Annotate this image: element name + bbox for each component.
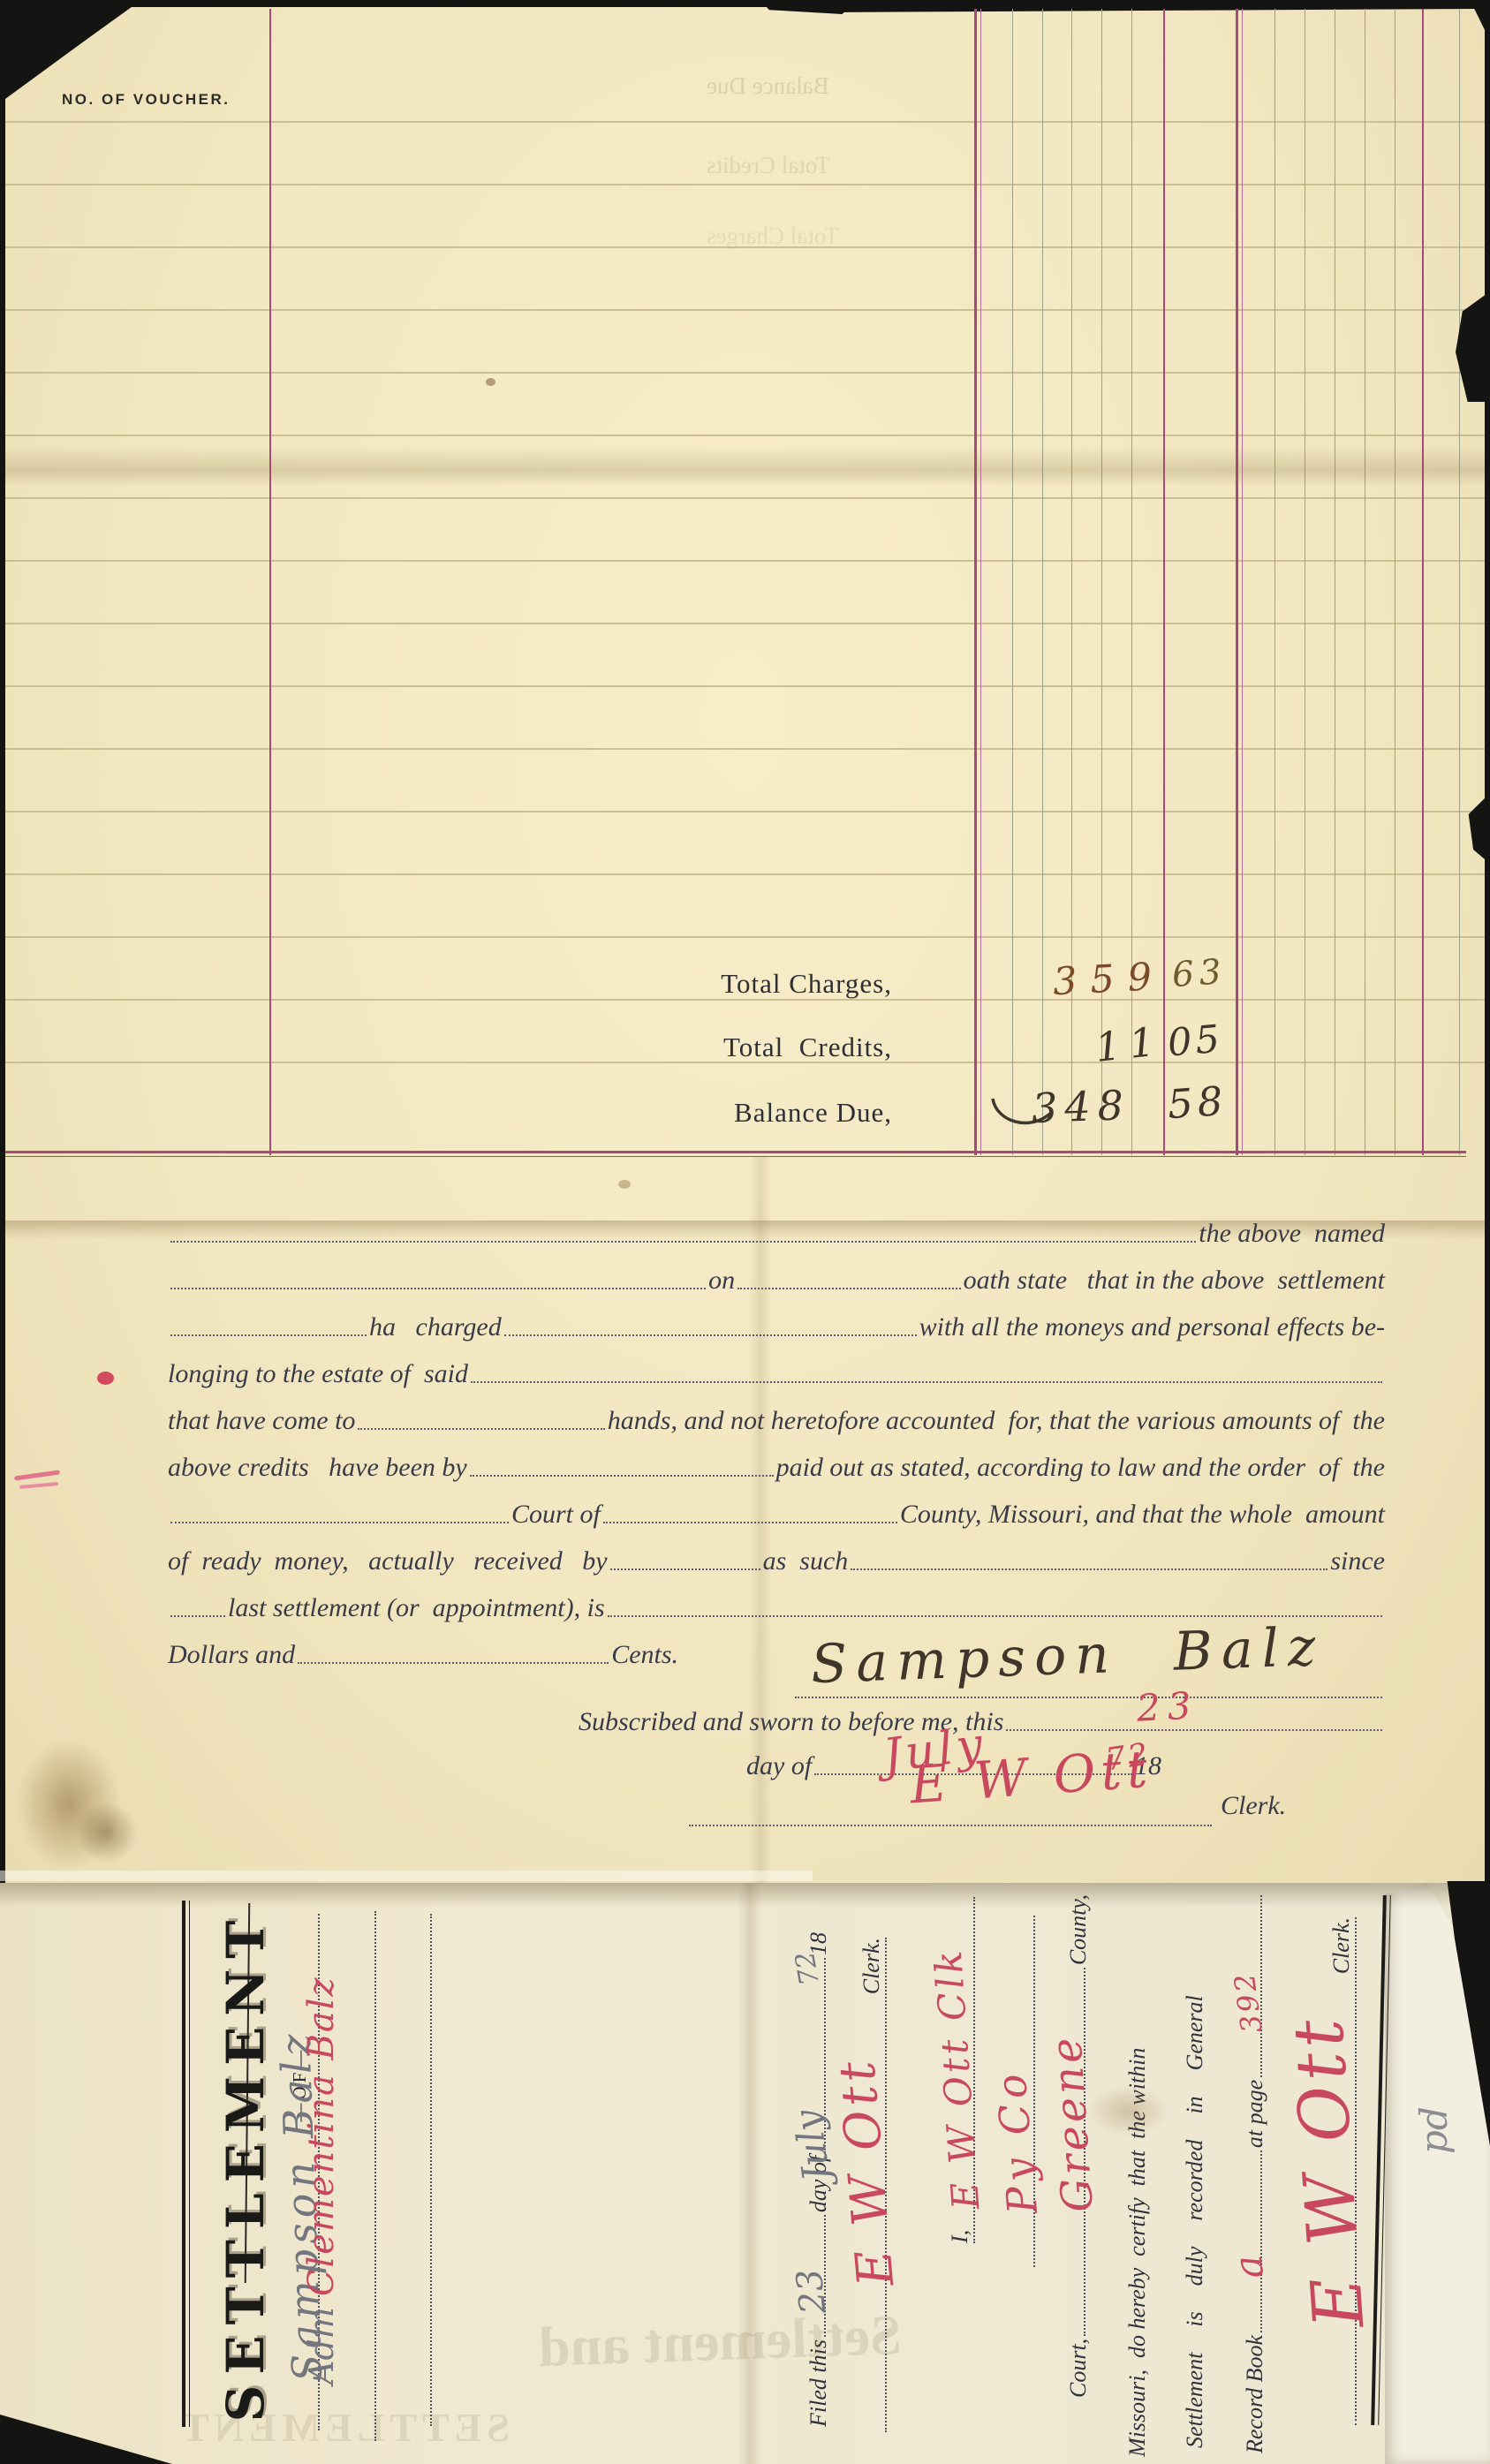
total-charges-label: Total Charges, xyxy=(495,968,892,1000)
stain xyxy=(618,1180,631,1189)
signature-line xyxy=(795,1697,1382,1698)
affidavit-line: longing to the estate of said xyxy=(168,1352,1385,1389)
ledger-column-rule xyxy=(1274,9,1275,1155)
docket-name-prefix-handwritten: Adm xyxy=(302,2296,341,2385)
bleed-through-text: Total Credits xyxy=(707,152,830,179)
affidavit-line: of ready money, actually received by as … xyxy=(168,1539,1385,1576)
balance-due-cents: 58 xyxy=(1166,1077,1229,1129)
affidavit-text: oath state that in the above settlement xyxy=(964,1266,1385,1296)
docket-text: County, xyxy=(1065,1894,1092,1965)
affidavit-text: as such xyxy=(763,1546,849,1576)
bleed-through-text: SETTLEMENT xyxy=(177,2404,510,2451)
affidavit-text: day of xyxy=(746,1751,812,1781)
docket-cert-line: Settlement is duly recorded in General xyxy=(1178,1896,1208,2448)
blank-line xyxy=(1006,1729,1382,1731)
ledger-column-rule xyxy=(269,9,271,1155)
affidavit-text: Court of xyxy=(511,1500,601,1530)
ledger-column-rule xyxy=(1335,9,1335,1155)
affidavit-text: since xyxy=(1330,1546,1385,1576)
bleed-through-text: Settlement and xyxy=(538,2302,903,2380)
total-credits-label: Total Credits, xyxy=(495,1032,892,1063)
affidavit-text: longing to the estate of said xyxy=(168,1359,468,1389)
blank-line xyxy=(737,1288,961,1289)
affidavit-text: ha charged xyxy=(369,1312,502,1342)
affidavit-text: above credits have been by xyxy=(168,1453,467,1483)
docket-border-rule xyxy=(182,1901,185,2427)
blank-line xyxy=(470,1475,774,1477)
blank-line xyxy=(851,1568,1327,1570)
pencil-note: pd xyxy=(1417,2022,1456,2154)
blank-line xyxy=(170,1241,1196,1243)
blank-line xyxy=(358,1428,604,1430)
affidavit-line: the above named xyxy=(168,1212,1385,1249)
ledger-column-rule xyxy=(1042,9,1043,1155)
affidavit-line: that have come to hands, and not heretof… xyxy=(168,1399,1385,1436)
affidavit-line: Court of County, Missouri, and that the … xyxy=(168,1493,1385,1530)
affidavit-text: last settlement (or appointment), is xyxy=(228,1593,605,1623)
blank-line xyxy=(610,1568,760,1570)
affidavit-text: with all the moneys and personal effects… xyxy=(919,1312,1385,1342)
docket-cert-line: Missouri, do hereby certify that the wit… xyxy=(1121,1892,1151,2457)
blank-line xyxy=(1260,2150,1262,2332)
docket-name-line xyxy=(395,1914,432,2426)
docket-text: at page xyxy=(1242,2080,1268,2148)
ledger-column-rule xyxy=(974,9,977,1155)
bleed-through-text: Total Charges xyxy=(707,223,839,250)
ledger-column-rule xyxy=(980,9,981,1155)
affidavit-text: hands, and not heretofore accounted for,… xyxy=(608,1406,1385,1436)
affidavit-text: the above named xyxy=(1199,1219,1385,1249)
ledger-column-rule xyxy=(1422,9,1424,1155)
ledger-column-rule xyxy=(1242,9,1243,1155)
stain xyxy=(76,1802,138,1863)
balance-due-label: Balance Due, xyxy=(495,1097,892,1129)
docket-border-rule xyxy=(189,1901,190,2427)
affidavit-text: of ready money, actually received by xyxy=(168,1546,608,1576)
ledger-column-rule xyxy=(1236,9,1238,1155)
bleed-through-text: Balance Due xyxy=(707,72,829,100)
clerk-signature-line xyxy=(689,1825,1212,1826)
docket-name-line: Adm Clementina Balz xyxy=(327,1911,376,2441)
affidavit-text: Cents. xyxy=(611,1640,678,1670)
sworn-day-handwritten: 23 xyxy=(1136,1683,1199,1730)
affidavit-text: on xyxy=(708,1266,735,1296)
docket-text: Court, xyxy=(1065,2339,1092,2398)
ledger-column-rule xyxy=(1459,9,1460,1155)
ledger-column-rule xyxy=(1012,9,1013,1155)
total-charges-cents: 63 xyxy=(1171,952,1229,995)
blank-line xyxy=(298,1662,609,1664)
blank-line xyxy=(608,1615,1382,1617)
affidavit-text: County, Missouri, and that the whole amo… xyxy=(900,1500,1385,1530)
docket-text: I, xyxy=(947,2230,973,2243)
ledger-footer-rule xyxy=(5,1156,1466,1157)
docket-text: Record Book xyxy=(1242,2335,1268,2453)
affidavit-line: last settlement (or appointment), is xyxy=(168,1586,1385,1623)
total-credits-dollars: 11 xyxy=(1093,1017,1165,1071)
ledger-column-rule xyxy=(1365,9,1365,1155)
docket-clerk-line: Clerk. E W Ott xyxy=(1318,1917,1357,2425)
red-dot-mark xyxy=(97,1372,114,1385)
total-credits-cents: 05 xyxy=(1166,1017,1225,1065)
blank-line xyxy=(170,1522,509,1523)
affidavit-line: ha charged with all the moneys and perso… xyxy=(168,1305,1385,1342)
docket-court-line: Court, County, Greene xyxy=(1051,1894,1092,2398)
docket-record-line: Record Book at page a 392 xyxy=(1235,1893,1268,2453)
ledger-ruled-lines xyxy=(5,60,1485,1093)
voucher-number-label: NO. OF VOUCHER. xyxy=(62,91,231,109)
blank-line xyxy=(603,1522,897,1523)
docket-filed-year-handwritten: 72 xyxy=(790,1949,826,1988)
affidavit-line: above credits have been by paid out as s… xyxy=(168,1446,1385,1483)
affidavit-text: Dollars and xyxy=(168,1640,295,1670)
document-scan: NO. OF VOUCHER. Balance Due Total Credit… xyxy=(0,0,1490,2464)
affidavit-text: paid out as stated, according to law and… xyxy=(776,1453,1385,1483)
total-charges-dollars: 359 xyxy=(1052,955,1167,1005)
docket-book-handwritten: a xyxy=(1226,2253,1273,2280)
docket-text: Clerk. xyxy=(858,1938,885,1994)
docket-text: Clerk. xyxy=(1328,1917,1355,1974)
ledger-column-rule xyxy=(1305,9,1305,1155)
blank-line xyxy=(471,1381,1382,1383)
ledger-column-rule xyxy=(1395,9,1395,1155)
blank-line xyxy=(504,1334,917,1336)
ledger-footer-rule xyxy=(5,1151,1466,1153)
affidavit-line: Dollars and Cents. xyxy=(168,1633,733,1670)
docket-blank-line: Py Co xyxy=(993,1916,1035,2267)
affidavit-line: on oath state that in the above settleme… xyxy=(168,1258,1385,1296)
blank-line xyxy=(170,1615,225,1617)
docket-filed-month-handwritten: July xyxy=(786,2107,839,2184)
docket-i-line: I, E W Ott Clk xyxy=(933,1897,975,2243)
blank-line xyxy=(170,1288,706,1289)
clerk-label: Clerk. xyxy=(1221,1791,1286,1821)
balance-due-dollars: 348 xyxy=(1031,1081,1131,1132)
stain xyxy=(1086,2084,1170,2137)
stain xyxy=(486,378,495,386)
affidavit-text: that have come to xyxy=(168,1406,355,1436)
blank-line xyxy=(170,1334,367,1336)
docket-name-handwritten: Clementina Balz xyxy=(301,1976,342,2296)
